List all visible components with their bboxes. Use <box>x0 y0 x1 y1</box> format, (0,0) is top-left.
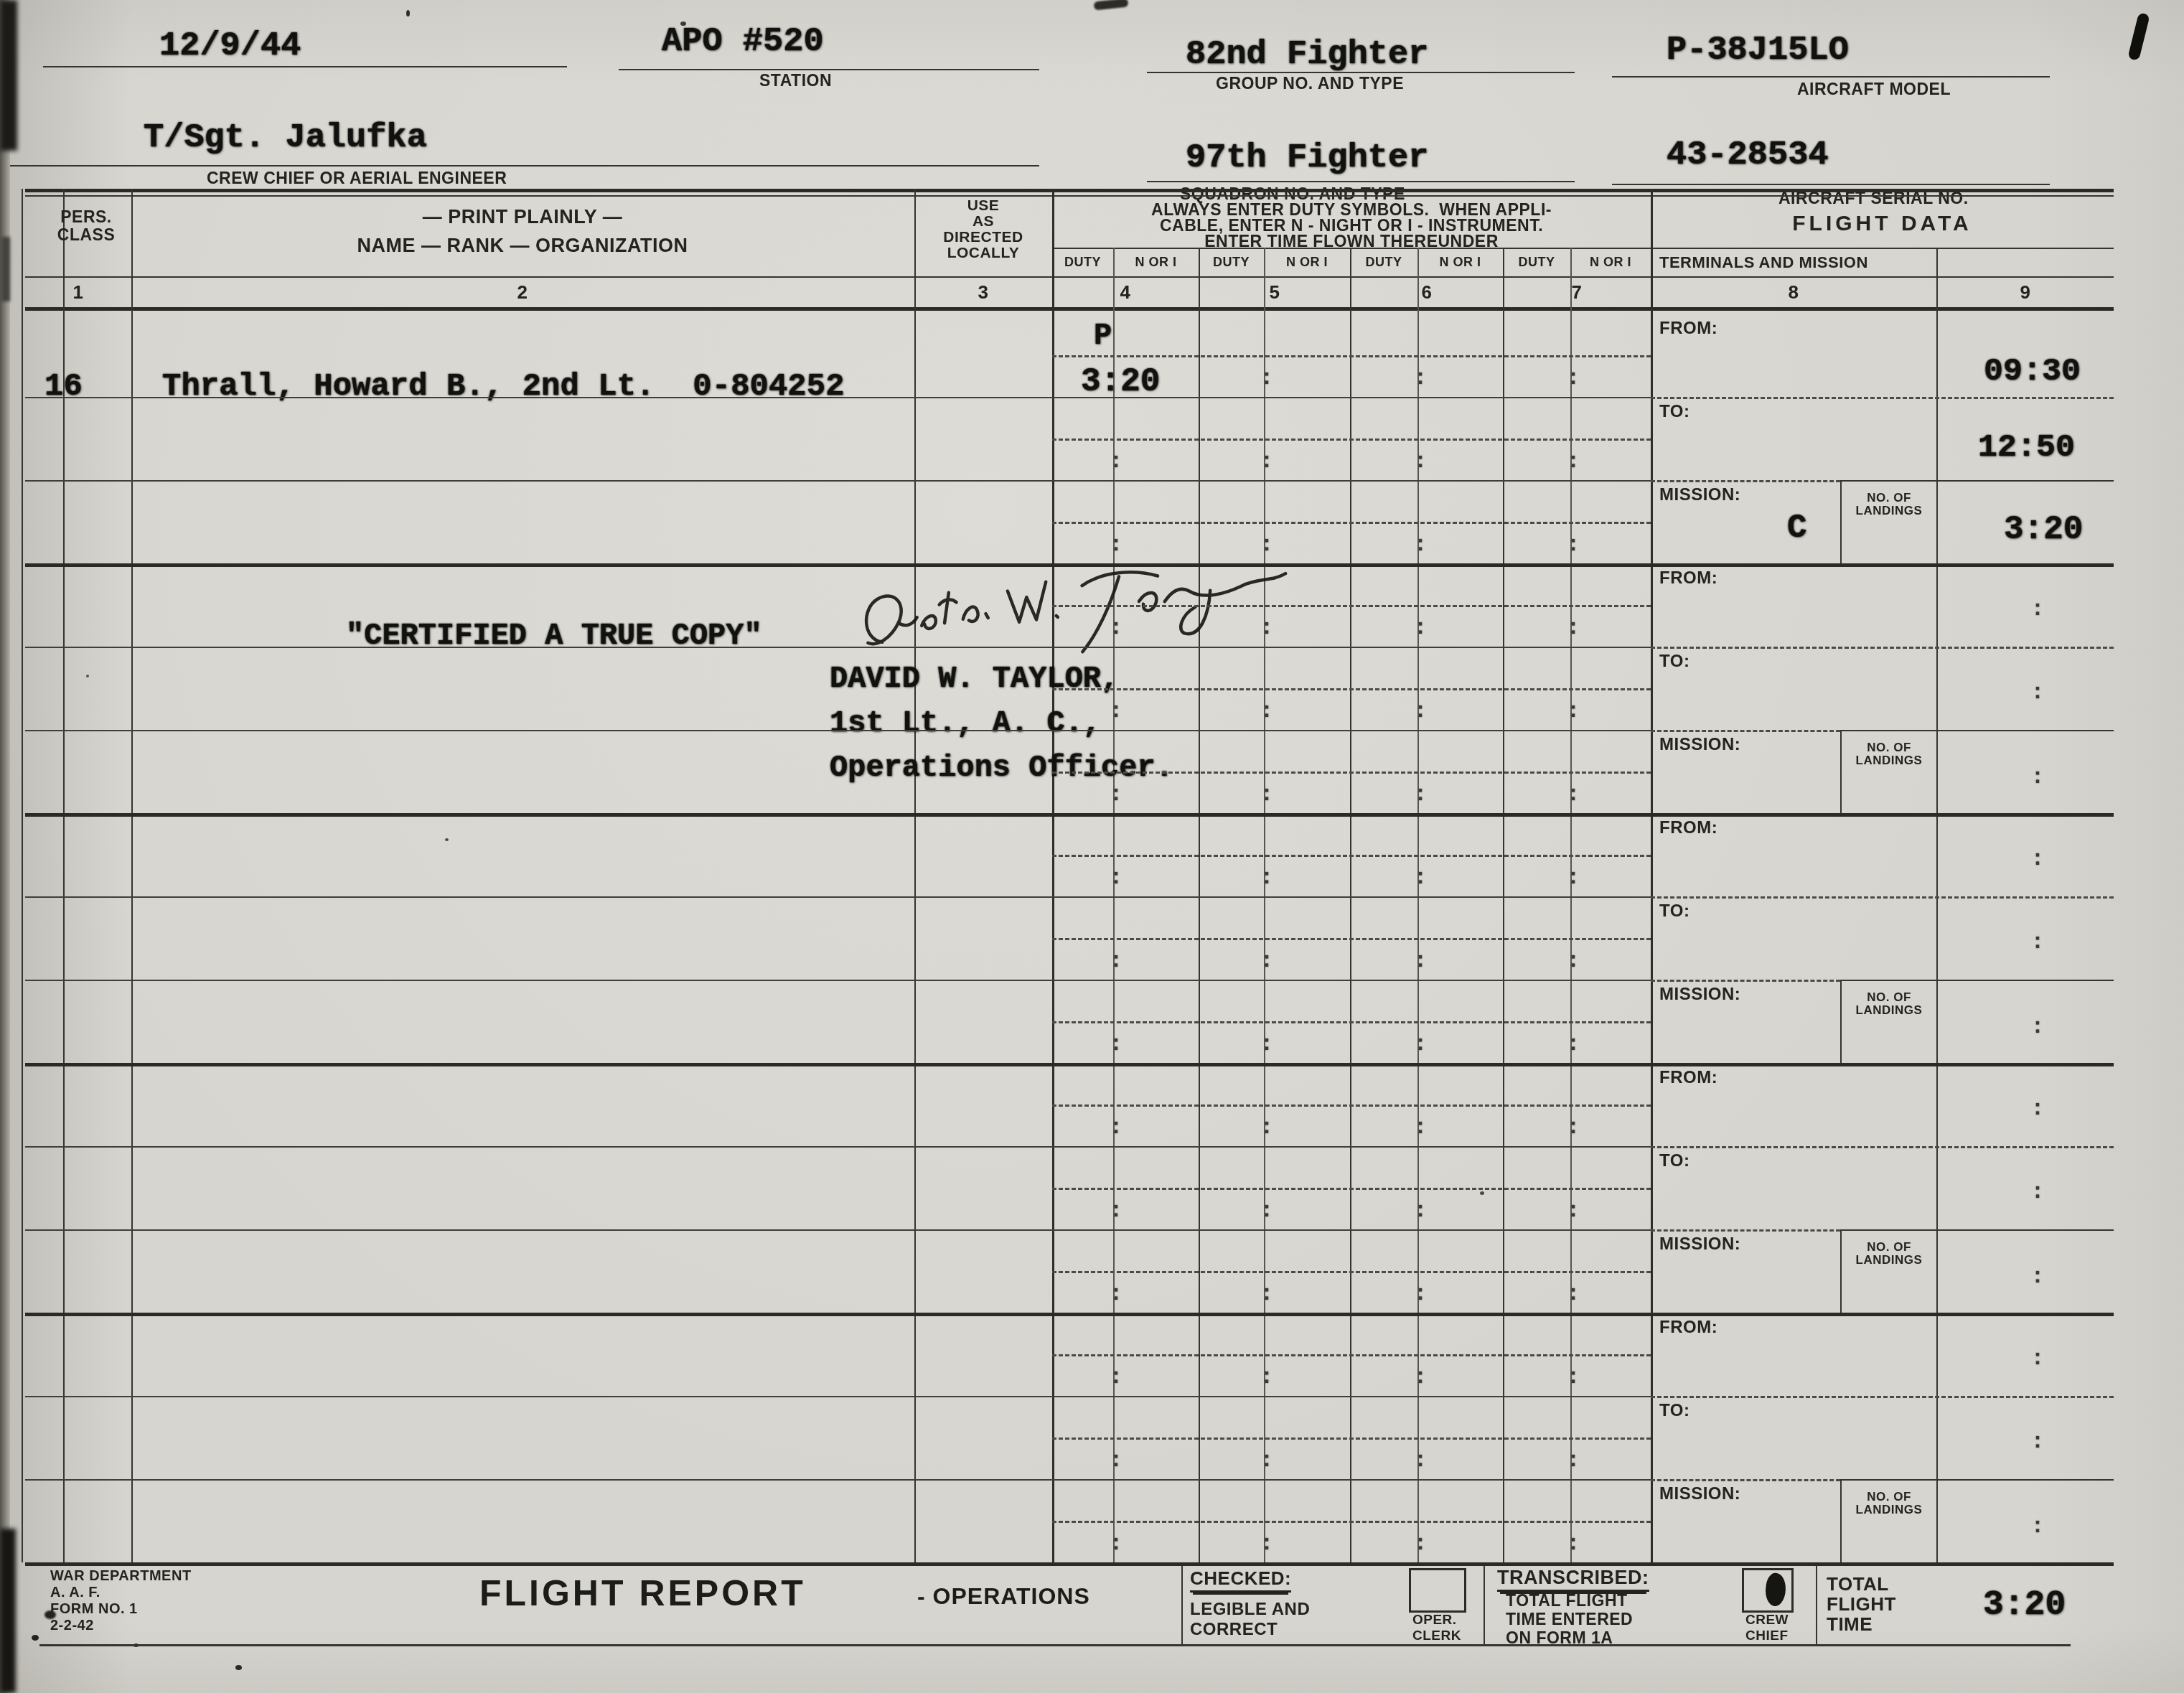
footer-agency-1: WAR DEPARTMENT <box>50 1569 192 1584</box>
from-label: FROM: <box>1659 1318 1717 1336</box>
footer-divider-3 <box>1816 1562 1817 1644</box>
duty-colon-mark: : <box>1260 1534 1273 1555</box>
pers-class-header-2: CLASS <box>39 226 133 243</box>
duty-colon-mark: : <box>1110 535 1123 556</box>
scan-blob-bottom-4 <box>235 1665 242 1670</box>
duty-colon-mark: : <box>1567 784 1580 806</box>
time-colon-mark: : <box>2031 599 2044 621</box>
duty-colon-mark: : <box>1567 1534 1580 1555</box>
duty-sublabel-4: DUTY <box>1503 255 1570 269</box>
duty-colon-mark: : <box>1110 1201 1123 1222</box>
landings-label: NO. OF LANDINGS <box>1846 741 1932 767</box>
duty-colon-mark: : <box>1260 784 1273 806</box>
total-flight-time-label-2: FLIGHT <box>1827 1595 1896 1614</box>
duty-colon-mark: : <box>1414 618 1427 639</box>
entry-duty-symbol: P <box>1094 319 1112 353</box>
duty-sublabel-3: DUTY <box>1350 255 1417 269</box>
use-locally-header-3: DIRECTED <box>922 230 1045 245</box>
duty-colon-mark: : <box>1567 368 1580 390</box>
block-bottom-rule <box>25 1313 2114 1316</box>
nori-sublabel-2: N OR I <box>1264 255 1350 269</box>
to-label: TO: <box>1659 403 1689 421</box>
aircraft-model-value: P-38J15LO <box>1667 32 1849 70</box>
entry-mission-code: C <box>1787 510 1807 547</box>
time-colon-mark: : <box>2031 683 2044 704</box>
duty-dashed-line <box>1052 938 1651 940</box>
use-locally-header-4: LOCALLY <box>922 245 1045 261</box>
row-line <box>25 1479 1651 1481</box>
duty-colon-mark: : <box>1414 535 1427 556</box>
transcribed-sub-2: TIME ENTERED <box>1506 1610 1633 1628</box>
duty-pair-divider-2 <box>1350 248 1351 1562</box>
flight-to-mission-dashed <box>1651 1479 1840 1481</box>
duty-colon-mark: : <box>1567 451 1580 473</box>
duty-colon-mark: : <box>1260 1034 1273 1056</box>
duty-colon-mark: : <box>1414 951 1427 972</box>
scan-speck-2 <box>445 838 449 841</box>
duty-colon-mark: : <box>1110 701 1123 723</box>
scan-speck-3 <box>1480 1191 1484 1195</box>
landings-box-top <box>1840 480 2114 482</box>
use-locally-header-1: USE <box>922 198 1045 214</box>
row-line <box>25 480 1651 482</box>
col-number-2: 2 <box>487 283 558 302</box>
duty-colon-mark: : <box>1414 451 1427 473</box>
duty-dashed-line <box>1052 688 1651 690</box>
serial-underline <box>1612 184 2050 185</box>
landings-box-top <box>1840 730 2114 731</box>
crew-chief-label-1: CREW <box>1745 1613 1789 1628</box>
time-colon-mark: : <box>2031 1349 2044 1370</box>
duty-colon-mark: : <box>1260 701 1273 723</box>
squadron-value: 97th Fighter <box>1186 139 1428 177</box>
duty-colon-mark: : <box>1414 701 1427 723</box>
col-number-6: 6 <box>1391 283 1463 302</box>
duty-colon-mark: : <box>1260 451 1273 473</box>
flight-from-to-dashed <box>1651 1396 2114 1398</box>
transcribed-label: TRANSCRIBED: <box>1497 1567 1649 1592</box>
duty-colon-mark: : <box>1567 1367 1580 1389</box>
duty-colon-mark: : <box>1567 701 1580 723</box>
landings-box-top <box>1840 1229 2114 1231</box>
duty-colon-mark: : <box>1414 1450 1427 1472</box>
entry-mission-time: 3:20 <box>2004 511 2083 548</box>
time-colon-mark: : <box>2031 1432 2044 1453</box>
landings-label: NO. OF LANDINGS <box>1846 991 1932 1017</box>
mission-label: MISSION: <box>1659 486 1740 504</box>
duty-colon-mark: : <box>1567 951 1580 972</box>
from-label: FROM: <box>1659 319 1717 337</box>
name-rank-org-header: NAME — RANK — ORGANIZATION <box>275 235 770 255</box>
duty-colon-mark: : <box>1414 368 1427 390</box>
duty-dashed-line <box>1052 1354 1651 1356</box>
duty-colon-mark: : <box>1567 1201 1580 1222</box>
duty-dashed-line <box>1052 355 1651 357</box>
scan-speck-1 <box>680 22 686 26</box>
signature-icon <box>843 535 1324 703</box>
certifier-typed-rank: 1st Lt., A. C., <box>830 706 1101 741</box>
footer-divider-1 <box>1181 1562 1183 1644</box>
numbers-bottom-rule <box>25 307 2114 311</box>
landings-box-top <box>1840 1479 2114 1481</box>
col1-divider <box>131 189 133 1562</box>
duty-colon-mark: : <box>1567 535 1580 556</box>
landings-box-wall <box>1840 1479 1842 1562</box>
duty-dashed-line <box>1052 855 1651 857</box>
duty-colon-mark: : <box>1260 1284 1273 1305</box>
col-number-3: 3 <box>947 283 1019 302</box>
duty-dashed-line <box>1052 772 1651 774</box>
aircraft-model-label: AIRCRAFT MODEL <box>1797 80 1951 98</box>
time-colon-mark: : <box>2031 1267 2044 1288</box>
flight-report-scan: 12/9/44 APO #520 82nd Fighter P-38J15LO … <box>0 0 2184 1693</box>
col-number-4: 4 <box>1089 283 1161 302</box>
form-title: FLIGHT REPORT <box>479 1575 806 1613</box>
duty-colon-mark: : <box>1567 1284 1580 1305</box>
scan-blotch-top-left <box>0 0 17 151</box>
serial-value: 43-28534 <box>1667 136 1829 174</box>
flight-from-to-dashed <box>1651 896 2114 899</box>
duty-colon-mark: : <box>1110 951 1123 972</box>
date-value: 12/9/44 <box>159 27 301 65</box>
station-label: STATION <box>759 72 832 89</box>
duty-colon-mark: : <box>1260 1450 1273 1472</box>
group-value: 82nd Fighter <box>1186 36 1428 74</box>
duty-colon-mark: : <box>1567 1034 1580 1056</box>
duty-dashed-line <box>1052 605 1651 607</box>
entry-from-time: 09:30 <box>1984 353 2081 390</box>
landings-box-top <box>1840 980 2114 981</box>
landings-box-wall <box>1840 730 1842 813</box>
flight-to-mission-dashed <box>1651 1229 1840 1232</box>
mission-label: MISSION: <box>1659 985 1740 1003</box>
flight-from-to-dashed <box>1651 647 2114 649</box>
station-value: APO #520 <box>662 23 824 61</box>
landings-label: NO. OF LANDINGS <box>1846 1491 1932 1516</box>
transcribed-sub-1: TOTAL FLIGHT <box>1506 1592 1628 1609</box>
col-number-8: 8 <box>1758 283 1829 302</box>
left-edge-rule-outer <box>22 189 23 1562</box>
footer-divider-2 <box>1484 1562 1485 1644</box>
duty-instruction-3: ENTER TIME FLOWN THEREUNDER <box>1059 233 1644 250</box>
duty-colon-mark: : <box>1414 1367 1427 1389</box>
scan-mark-top-right <box>2127 12 2150 61</box>
duty-colon-mark: : <box>1110 784 1123 806</box>
row-line <box>25 1146 1651 1148</box>
from-label: FROM: <box>1659 569 1717 587</box>
oper-clerk-checkbox <box>1409 1568 1466 1613</box>
duty-sublabel-1: DUTY <box>1052 255 1113 269</box>
to-label: TO: <box>1659 1152 1689 1170</box>
duty-colon-mark: : <box>1260 1367 1273 1389</box>
group-underline <box>1147 72 1575 73</box>
mission-label: MISSION: <box>1659 736 1740 754</box>
station-underline <box>619 69 1039 70</box>
row-line <box>25 980 1651 981</box>
block-bottom-rule <box>25 813 2114 817</box>
model-underline <box>1612 76 2050 78</box>
duty-colon-mark: : <box>1414 1534 1427 1555</box>
duty-pair-divider-3 <box>1503 248 1504 1562</box>
scan-blob-bottom-3 <box>133 1643 139 1647</box>
crew-chief-label: CREW CHIEF OR AERIAL ENGINEER <box>207 169 507 187</box>
scan-blob-bottom-1 <box>44 1610 56 1619</box>
duty-dashed-line <box>1052 522 1651 524</box>
row-line <box>25 730 1651 731</box>
scan-blob-bottom-2 <box>32 1635 39 1641</box>
duty-colon-mark: : <box>1110 868 1123 889</box>
checked-label: CHECKED: <box>1190 1569 1291 1593</box>
entry-pers-class: 16 <box>44 369 83 405</box>
scan-mark-left-mid <box>1 237 10 301</box>
to-label: TO: <box>1659 1402 1689 1420</box>
row-line <box>25 647 1651 648</box>
from-label: FROM: <box>1659 819 1717 837</box>
crew-chief-label-2: CHIEF <box>1745 1629 1789 1643</box>
row-line <box>25 1396 1651 1397</box>
row-line <box>25 397 1651 398</box>
duty-colon-mark: : <box>1414 1034 1427 1056</box>
form-title-suffix: - OPERATIONS <box>917 1585 1090 1609</box>
duty-dashed-line <box>1052 1271 1651 1273</box>
terminals-header: TERMINALS AND MISSION <box>1659 254 1868 271</box>
duty-flight-divider <box>1651 189 1653 1562</box>
landings-box-wall <box>1840 480 1842 563</box>
group-label: GROUP NO. AND TYPE <box>1216 75 1404 92</box>
total-flight-time-label-3: TIME <box>1827 1615 1873 1634</box>
time-colon-mark: : <box>2031 767 2044 789</box>
time-colon-mark: : <box>2031 1516 2044 1538</box>
duty-dashed-line <box>1052 1105 1651 1107</box>
duty-colon-mark: : <box>1260 951 1273 972</box>
row-line <box>25 896 1651 898</box>
duty-colon-mark: : <box>1110 1450 1123 1472</box>
flight-data-header: FLIGHT DATA <box>1651 212 2114 235</box>
duty-dashed-line <box>1052 1438 1651 1440</box>
duty-colon-mark: : <box>1414 1117 1427 1139</box>
landings-label: NO. OF LANDINGS <box>1846 492 1932 517</box>
duty-colon-mark: : <box>1110 1117 1123 1139</box>
time-colon-mark: : <box>2031 1099 2044 1120</box>
scan-speck-4 <box>86 675 89 677</box>
nori-sublabel-3: N OR I <box>1417 255 1503 269</box>
entry-duty-time: 3:20 <box>1081 363 1160 400</box>
squadron-underline <box>1147 181 1575 182</box>
duty-colon-mark: : <box>1414 1201 1427 1222</box>
duty-colon-mark: : <box>1414 868 1427 889</box>
scan-speck-5 <box>406 10 410 17</box>
duty-colon-mark: : <box>1260 535 1273 556</box>
mission-label: MISSION: <box>1659 1485 1740 1503</box>
duty-colon-mark: : <box>1567 1117 1580 1139</box>
duty-colon-mark: : <box>1110 1534 1123 1555</box>
total-flight-time-label-1: TOTAL <box>1827 1575 1889 1594</box>
duty-colon-mark: : <box>1414 784 1427 806</box>
flight-from-to-dashed <box>1651 1146 2114 1148</box>
duty-dashed-line <box>1052 1021 1651 1023</box>
block-bottom-rule <box>25 1063 2114 1066</box>
entry-name: Thrall, Howard B., 2nd Lt. 0-804252 <box>162 369 845 405</box>
nori-sublabel-1: N OR I <box>1113 255 1199 269</box>
from-label: FROM: <box>1659 1069 1717 1087</box>
date-underline <box>43 66 567 67</box>
terminals-time-divider <box>1936 248 1938 1562</box>
table-top-rule-2 <box>25 195 2114 197</box>
flight-to-mission-dashed <box>1651 730 1840 732</box>
col-number-5: 5 <box>1239 283 1311 302</box>
col-number-7: 7 <box>1541 283 1613 302</box>
duty-dashed-line <box>1052 439 1651 441</box>
to-label: TO: <box>1659 652 1689 670</box>
transcribed-sub-3: ON FORM 1A <box>1506 1629 1613 1646</box>
header-bottom-rule <box>25 276 2114 278</box>
duty-colon-mark: : <box>1110 451 1123 473</box>
duty-colon-mark: : <box>1567 618 1580 639</box>
duty-colon-mark: : <box>1567 868 1580 889</box>
oper-clerk-label-2: CLERK <box>1412 1629 1461 1643</box>
duty-colon-mark: : <box>1260 868 1273 889</box>
duty-colon-mark: : <box>1260 1117 1273 1139</box>
duty-pair-divider-1 <box>1199 248 1200 1562</box>
footer-agency-3: FORM NO. 1 <box>50 1602 138 1617</box>
total-flight-time-value: 3:20 <box>1983 1586 2066 1625</box>
duty-colon-mark: : <box>1110 1284 1123 1305</box>
table-top-rule <box>25 189 2114 192</box>
time-colon-mark: : <box>2031 849 2044 871</box>
duty-colon-mark: : <box>1110 1034 1123 1056</box>
duty-colon-mark: : <box>1260 368 1273 390</box>
time-colon-mark: : <box>2031 932 2044 954</box>
landings-box-wall <box>1840 980 1842 1063</box>
mission-label: MISSION: <box>1659 1235 1740 1253</box>
certifier-typed-title: Operations Officer. <box>830 751 1173 785</box>
footer-agency-2: A. A. F. <box>50 1585 100 1600</box>
checked-sub-2: CORRECT <box>1190 1621 1278 1638</box>
duty-sublabel-2: DUTY <box>1199 255 1264 269</box>
flight-from-to-dashed <box>1651 397 2114 399</box>
to-label: TO: <box>1659 902 1689 920</box>
duty-dashed-line <box>1052 1521 1651 1523</box>
footer-agency-4: 2-2-42 <box>50 1618 94 1633</box>
duty-colon-mark: : <box>1110 1367 1123 1389</box>
duty-dashed-line <box>1052 1188 1651 1190</box>
entry-to-time: 12:50 <box>1978 429 2075 466</box>
duty-colon-mark: : <box>1414 1284 1427 1305</box>
block-bottom-rule <box>25 1562 2114 1566</box>
col-number-9: 9 <box>1989 283 2061 302</box>
row-line <box>25 1229 1651 1231</box>
pers-class-header-1: PERS. <box>39 208 133 225</box>
flight-to-mission-dashed <box>1651 480 1840 482</box>
time-colon-mark: : <box>2031 1182 2044 1204</box>
duty-colon-mark: : <box>1567 1450 1580 1472</box>
duty-colon-mark: : <box>1260 618 1273 639</box>
print-plainly-header: — PRINT PLAINLY — <box>275 207 770 227</box>
checked-sub-1: LEGIBLE AND <box>1190 1600 1310 1618</box>
block-bottom-rule <box>25 563 2114 567</box>
col2-divider <box>914 189 916 1562</box>
scan-blotch-bottom-left <box>0 1529 16 1693</box>
oper-clerk-label-1: OPER. <box>1412 1613 1457 1628</box>
nori-sublabel-4: N OR I <box>1570 255 1651 269</box>
crew-chief-value: T/Sgt. Jalufka <box>144 119 427 157</box>
landings-box-wall <box>1840 1229 1842 1313</box>
flight-to-mission-dashed <box>1651 980 1840 982</box>
time-colon-mark: : <box>2031 1017 2044 1038</box>
duty-colon-mark: : <box>1260 1201 1273 1222</box>
duty-colon-mark: : <box>1110 618 1123 639</box>
use-locally-header-2: AS <box>922 214 1045 230</box>
footer-bottom-rule <box>39 1644 2071 1646</box>
landings-label: NO. OF LANDINGS <box>1846 1241 1932 1267</box>
scan-smudge-top-center <box>1094 0 1129 10</box>
col-number-1: 1 <box>42 283 114 302</box>
crewchief-underline <box>10 165 1039 167</box>
